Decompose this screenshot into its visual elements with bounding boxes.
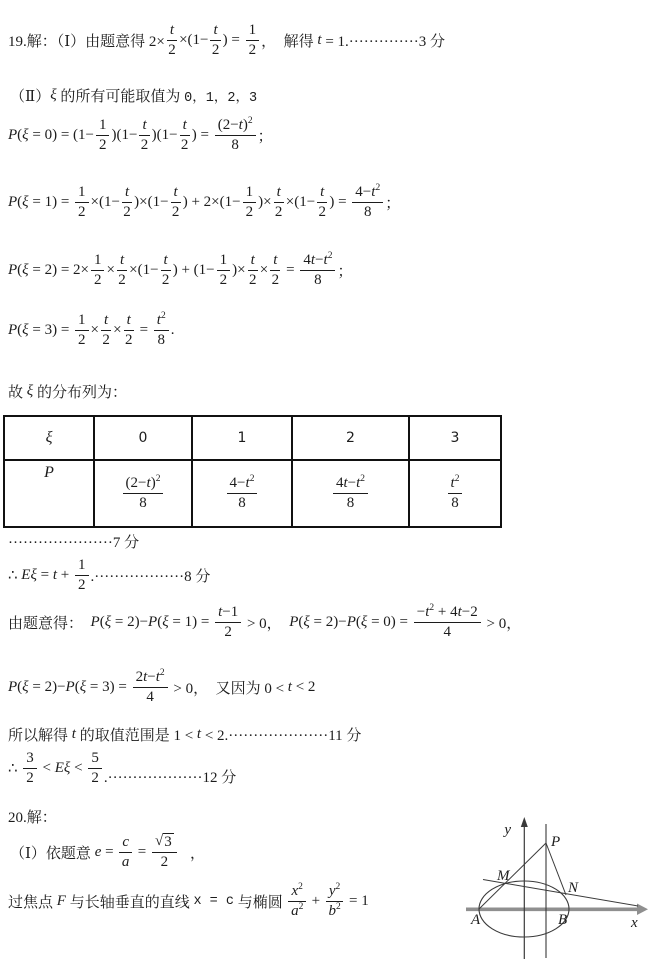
table-header-p: P [4, 460, 94, 527]
label-point-P: P [550, 834, 560, 850]
table-row-p: P (2−t)28 4−t28 4t−t28 t28 [4, 460, 501, 527]
focal-chord-line: 过焦点 F 与长轴垂直的直线 x = c 与椭圆 x2a2 + y2b2 = 1 [8, 883, 369, 921]
table-prob-0: (2−t)28 [94, 460, 192, 527]
table-value-2: 2 [292, 416, 409, 460]
eq-p-xi-1: P(ξ = 1) = 12×(1−t2)×(1−t2) + 2×(1−12)×t… [8, 184, 400, 222]
expectation-range-line: ∴ 32 < Eξ < 52.···················12 分 [8, 750, 236, 788]
line-P-N [546, 843, 566, 895]
expectation-line: ∴ Eξ = t + 12.··················8 分 [8, 557, 210, 595]
line-A-P [479, 843, 546, 909]
eq-p-xi-0: P(ξ = 0) = (1−12)(1−t2)(1−t2) = (2−t)28； [8, 117, 273, 155]
x-axis-arrow-icon [637, 904, 648, 916]
table-value-3: 3 [409, 416, 501, 460]
inequalities-line1: 由题意得： P(ξ = 2)−P(ξ = 1) = t−12 > 0， P(ξ … [8, 604, 521, 642]
label-point-A: A [470, 912, 481, 928]
label-point-N: N [567, 880, 579, 896]
t-range-line: 所以解得 t 的取值范围是 1 < t < 2.················… [8, 724, 361, 745]
problem-20-header: 20.解： [8, 806, 57, 827]
distribution-table: ξ 0 1 2 3 P (2−t)28 4−t28 4t−t28 t28 [3, 415, 502, 528]
table-prob-2: 4t−t28 [292, 460, 409, 527]
table-row-xi: ξ 0 1 2 3 [4, 416, 501, 460]
line-19-part2-intro: （Ⅱ）ξ 的所有可能取值为 0，1，2，3 [10, 85, 257, 106]
table-value-1: 1 [192, 416, 292, 460]
table-prob-3: t28 [409, 460, 501, 527]
label-y-axis: y [502, 822, 511, 838]
table-value-0: 0 [94, 416, 192, 460]
solution-page: 19.解：（Ⅰ）由题意得 2×t2×(1−t2) = 12， 解得 t = 1.… [0, 0, 651, 963]
table-prob-1: 4−t28 [192, 460, 292, 527]
line-19-part1: 19.解：（Ⅰ）由题意得 2×t2×(1−t2) = 12， 解得 t = 1.… [8, 22, 445, 60]
inequalities-line2: P(ξ = 2)−P(ξ = 3) = 2t−t24 > 0， 又因为 0 < … [8, 669, 315, 707]
label-x-axis: x [630, 915, 638, 931]
label-point-M: M [496, 868, 511, 884]
table-header-xi: ξ [4, 416, 94, 460]
ellipse-figure: y x P M N A B [455, 812, 651, 963]
eccentricity-line: （Ⅰ）依题意 e = ca = √32 ， [10, 833, 205, 872]
eq-p-xi-3: P(ξ = 3) = 12×t2×t2 = t28. [8, 312, 174, 350]
y-axis-arrow-icon [521, 817, 528, 827]
label-point-B: B [558, 912, 567, 928]
eq-p-xi-2: P(ξ = 2) = 2×12×t2×(1−t2) + (1−12)×t2×t2… [8, 252, 352, 290]
score-7-line: ·····················7 分 [8, 531, 139, 552]
distribution-intro: 故 ξ 的分布列为： [8, 381, 127, 402]
